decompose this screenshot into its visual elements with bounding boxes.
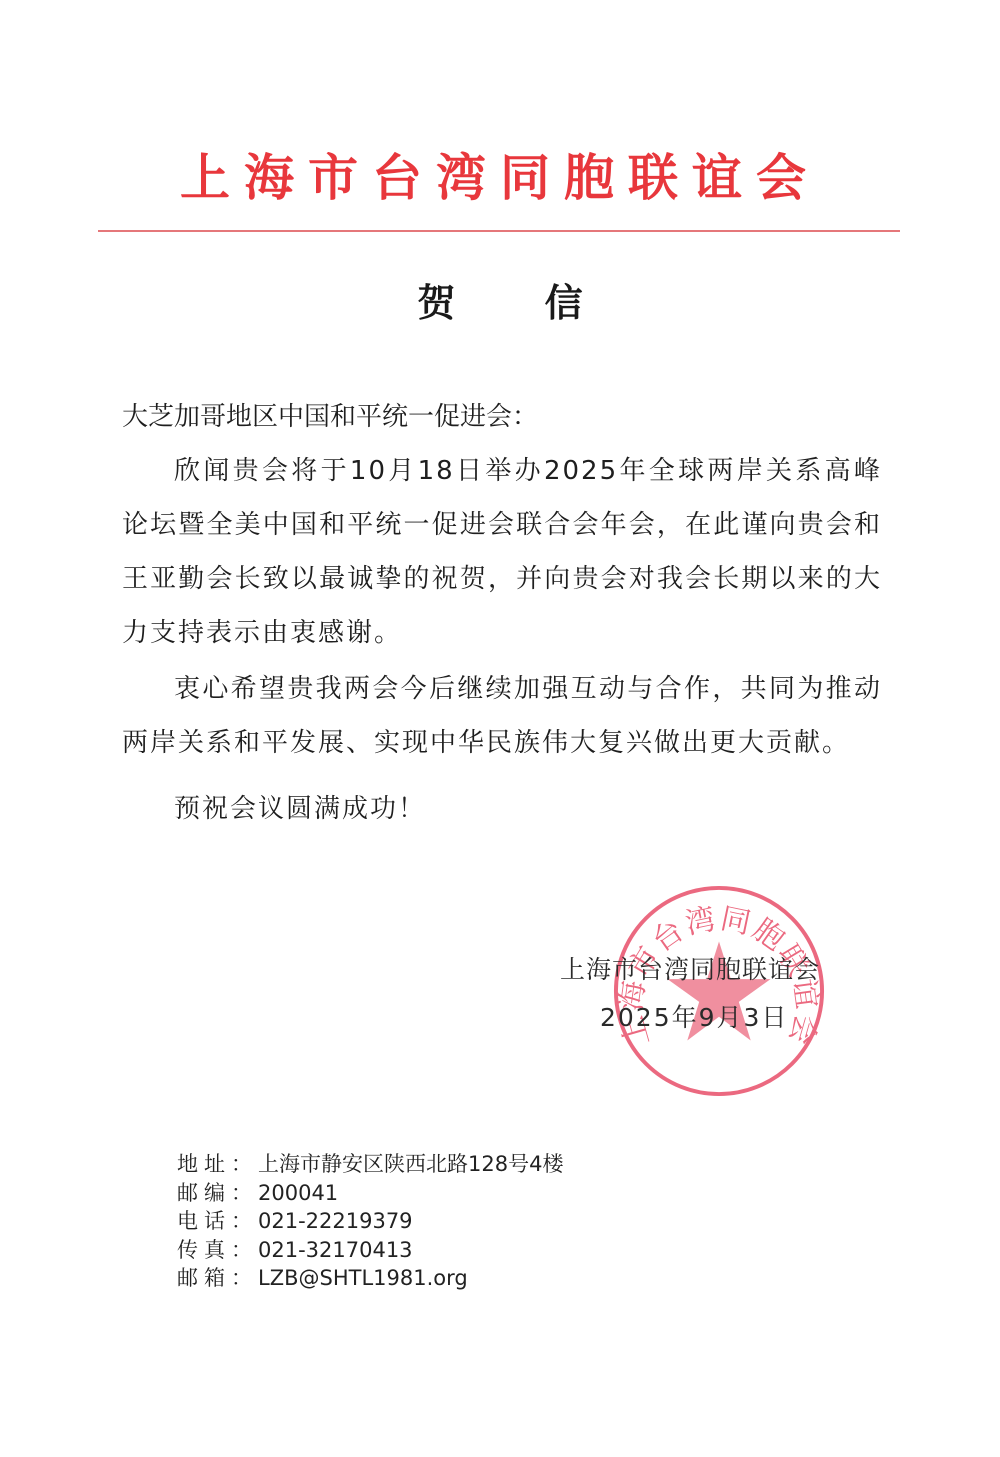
signature-date: 2025年9月3日	[560, 998, 860, 1034]
document-title: 贺 信	[0, 272, 1000, 327]
paragraph-congratulations: 欣闻贵会将于10月18日举办2025年全球两岸关系高峰论坛暨全美中国和平统一促进…	[122, 444, 882, 660]
footer-address: 地址：上海市静安区陕西北路128号4楼	[177, 1150, 563, 1179]
paragraph-hope: 衷心希望贵我两会今后继续加强互动与合作，共同为推动两岸关系和平发展、实现中华民族…	[122, 662, 882, 770]
footer-email: 邮箱：LZB@SHTL1981.org	[177, 1264, 563, 1293]
footer-label: 邮箱：	[177, 1266, 258, 1290]
footer-label: 地址：	[177, 1152, 258, 1176]
footer-label: 邮编：	[177, 1181, 258, 1205]
footer-value: 上海市静安区陕西北路128号4楼	[258, 1152, 563, 1176]
footer-postcode: 邮编：200041	[177, 1179, 563, 1208]
letterhead-org-name: 上海市台湾同胞联谊会	[0, 138, 1000, 210]
signature-org: 上海市台湾同胞联谊会	[560, 950, 860, 986]
footer-value: 021-32170413	[258, 1238, 413, 1262]
letterhead-divider	[98, 230, 900, 232]
contact-footer: 地址：上海市静安区陕西北路128号4楼 邮编：200041 电话：021-222…	[177, 1150, 563, 1293]
footer-phone: 电话：021-22219379	[177, 1207, 563, 1236]
footer-value: 200041	[258, 1181, 338, 1205]
salutation: 大芝加哥地区中国和平统一促进会：	[122, 390, 882, 444]
letter-body: 大芝加哥地区中国和平统一促进会： 欣闻贵会将于10月18日举办2025年全球两岸…	[122, 390, 882, 836]
footer-value: 021-22219379	[258, 1209, 413, 1233]
closing-line: 预祝会议圆满成功！	[122, 782, 882, 836]
signature-block: 上海市台湾同胞联谊会 2025年9月3日	[560, 950, 860, 1034]
footer-fax: 传真：021-32170413	[177, 1236, 563, 1265]
footer-label: 传真：	[177, 1238, 258, 1262]
footer-email-link[interactable]: LZB@SHTL1981.org	[258, 1266, 468, 1290]
footer-label: 电话：	[177, 1209, 258, 1233]
